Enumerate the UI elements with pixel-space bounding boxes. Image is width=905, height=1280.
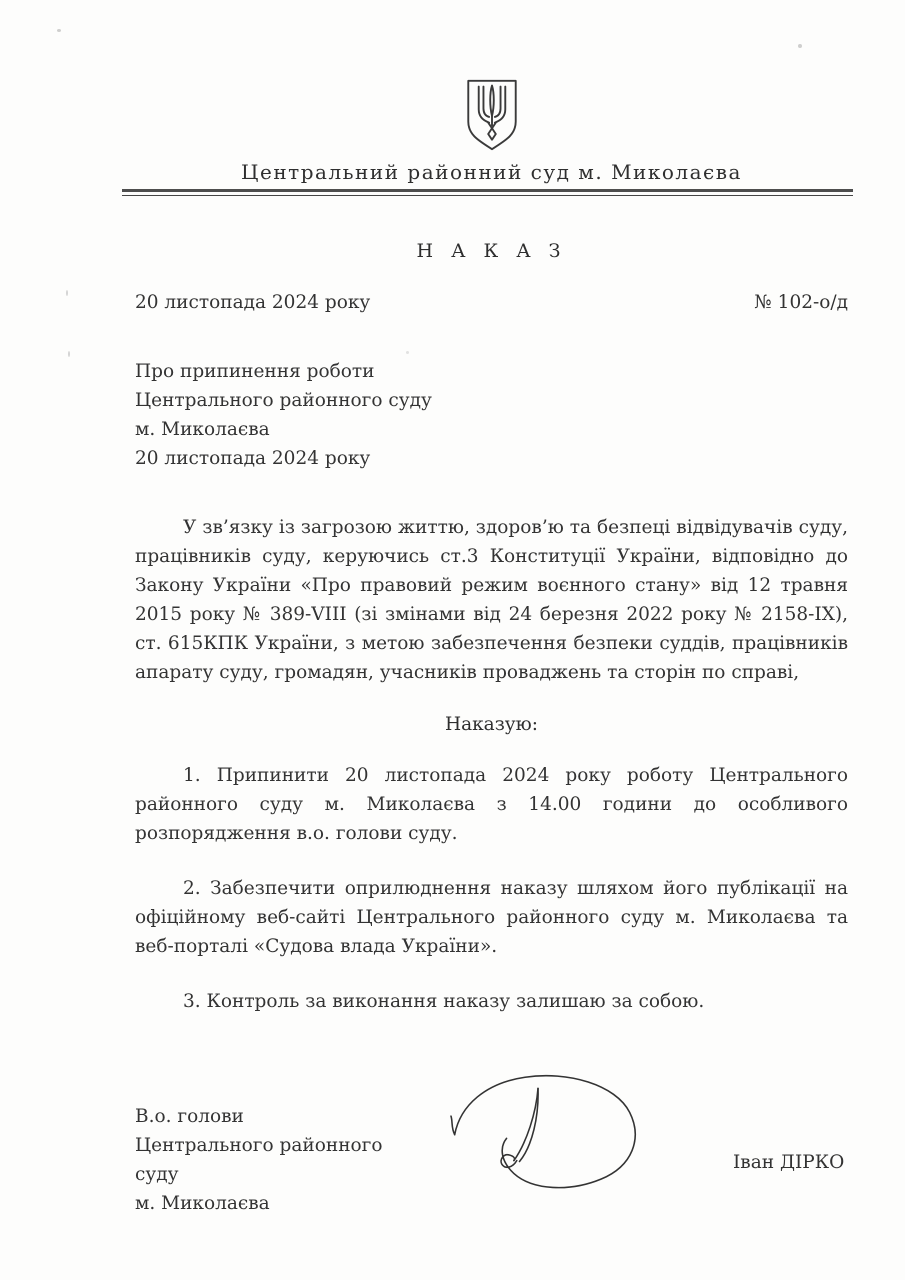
order-heading: Наказую:	[135, 714, 848, 735]
signer-name: Іван ДІРКО	[667, 1068, 844, 1173]
signer-position: В.о. голови Центрального районного суду …	[135, 1068, 427, 1218]
document-content: Центральний районний суд м. Миколаєва Н …	[135, 0, 848, 1218]
signer-position-line: В.о. голови	[135, 1102, 427, 1131]
scan-speck	[66, 290, 68, 296]
signature-icon	[427, 1068, 662, 1193]
subject-line: м. Миколаєва	[135, 415, 848, 444]
subject-block: Про припинення роботи Центрального район…	[135, 357, 848, 473]
order-item-2: 2. Забезпечити оприлюднення наказу шляхо…	[135, 874, 848, 961]
signer-position-line: м. Миколаєва	[135, 1189, 427, 1218]
document-number: № 102-о/д	[754, 292, 848, 313]
document-title: Н А К А З	[135, 240, 848, 262]
document-date: 20 листопада 2024 року	[135, 292, 370, 313]
order-item-3: 3. Контроль за виконання наказу залишаю …	[135, 987, 848, 1016]
subject-line: Центрального районного суду	[135, 386, 848, 415]
emblem-container	[135, 78, 848, 152]
subject-line: 20 листопада 2024 року	[135, 444, 848, 473]
scan-speck	[57, 29, 61, 32]
subject-line: Про припинення роботи	[135, 357, 848, 386]
signer-position-line: Центрального районного суду	[135, 1131, 427, 1189]
scan-speck	[68, 351, 70, 357]
scanned-order-document: Центральний районний суд м. Миколаєва Н …	[0, 0, 905, 1280]
header-divider	[122, 189, 853, 196]
date-number-row: 20 листопада 2024 року № 102-о/д	[135, 292, 848, 313]
ukraine-trident-emblem-icon	[461, 78, 523, 152]
preamble-paragraph: У зв’язку із загрозою життю, здоров’ю та…	[135, 513, 848, 687]
order-item-1: 1. Припинити 20 листопада 2024 року робо…	[135, 761, 848, 848]
court-name: Центральний районний суд м. Миколаєва	[135, 160, 848, 184]
handwritten-signature	[427, 1068, 667, 1197]
signature-block: В.о. голови Центрального районного суду …	[135, 1068, 848, 1218]
